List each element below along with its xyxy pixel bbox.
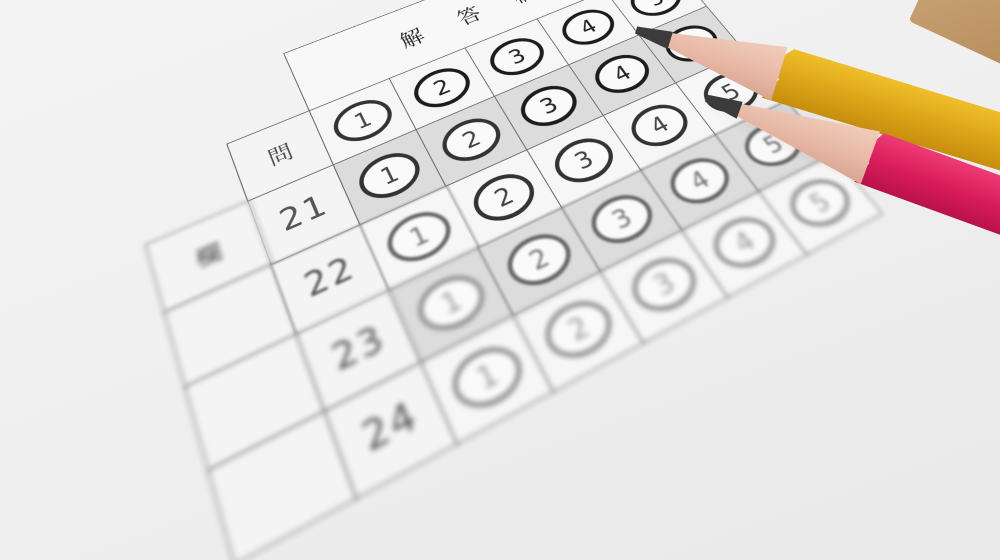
choice-bubble[interactable]: 4 (622, 97, 697, 154)
choice-bubble[interactable]: 2 (465, 165, 543, 229)
choice-bubble[interactable]: 3 (546, 130, 622, 191)
pencil-lead (633, 21, 673, 49)
question-label: 問 (264, 137, 297, 172)
choice-bubble[interactable]: 1 (443, 336, 532, 420)
choice-bubble[interactable]: 4 (554, 3, 622, 52)
choice-bubble[interactable]: 2 (535, 291, 622, 369)
question-number: 22 (299, 249, 361, 306)
question-number: 23 (326, 318, 391, 381)
left-partial-label: 欄 (191, 235, 226, 276)
question-number: 24 (356, 393, 425, 463)
choice-bubble[interactable]: 2 (499, 225, 581, 296)
choice-bubble[interactable]: 3 (582, 186, 662, 253)
pencil-lead (703, 90, 743, 119)
question-number: 21 (275, 188, 334, 239)
choice-bubble[interactable]: 3 (513, 79, 586, 135)
choice-bubble[interactable]: 4 (661, 150, 740, 213)
choice-bubble[interactable]: 3 (622, 248, 707, 321)
choice-bubble[interactable]: 4 (703, 208, 786, 277)
